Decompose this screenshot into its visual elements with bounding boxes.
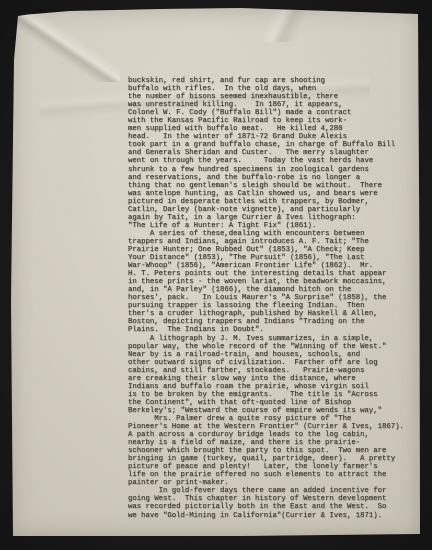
paper-crease-top-left xyxy=(10,12,120,82)
paper-sheet: buckskin, red shirt, and fur cap are sho… xyxy=(10,8,420,537)
typewritten-text: buckskin, red shirt, and fur cap are sho… xyxy=(128,77,404,520)
scanned-document-page: buckskin, red shirt, and fur cap are sho… xyxy=(0,0,432,550)
paper-crease-top xyxy=(205,8,355,42)
